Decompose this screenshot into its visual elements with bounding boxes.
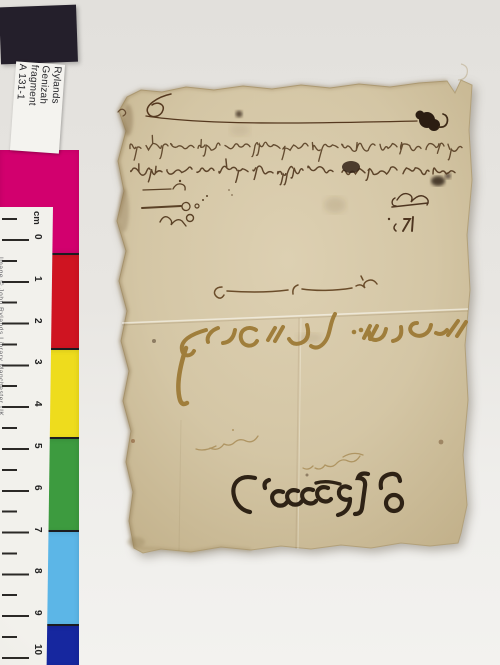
manuscript-fragment-photo	[0, 0, 500, 665]
backdrop-fibre	[458, 64, 467, 80]
ink-smudge	[342, 161, 360, 173]
archival-photo-page: { "photo_label": { "lines": ["Rylands", …	[0, 0, 500, 665]
